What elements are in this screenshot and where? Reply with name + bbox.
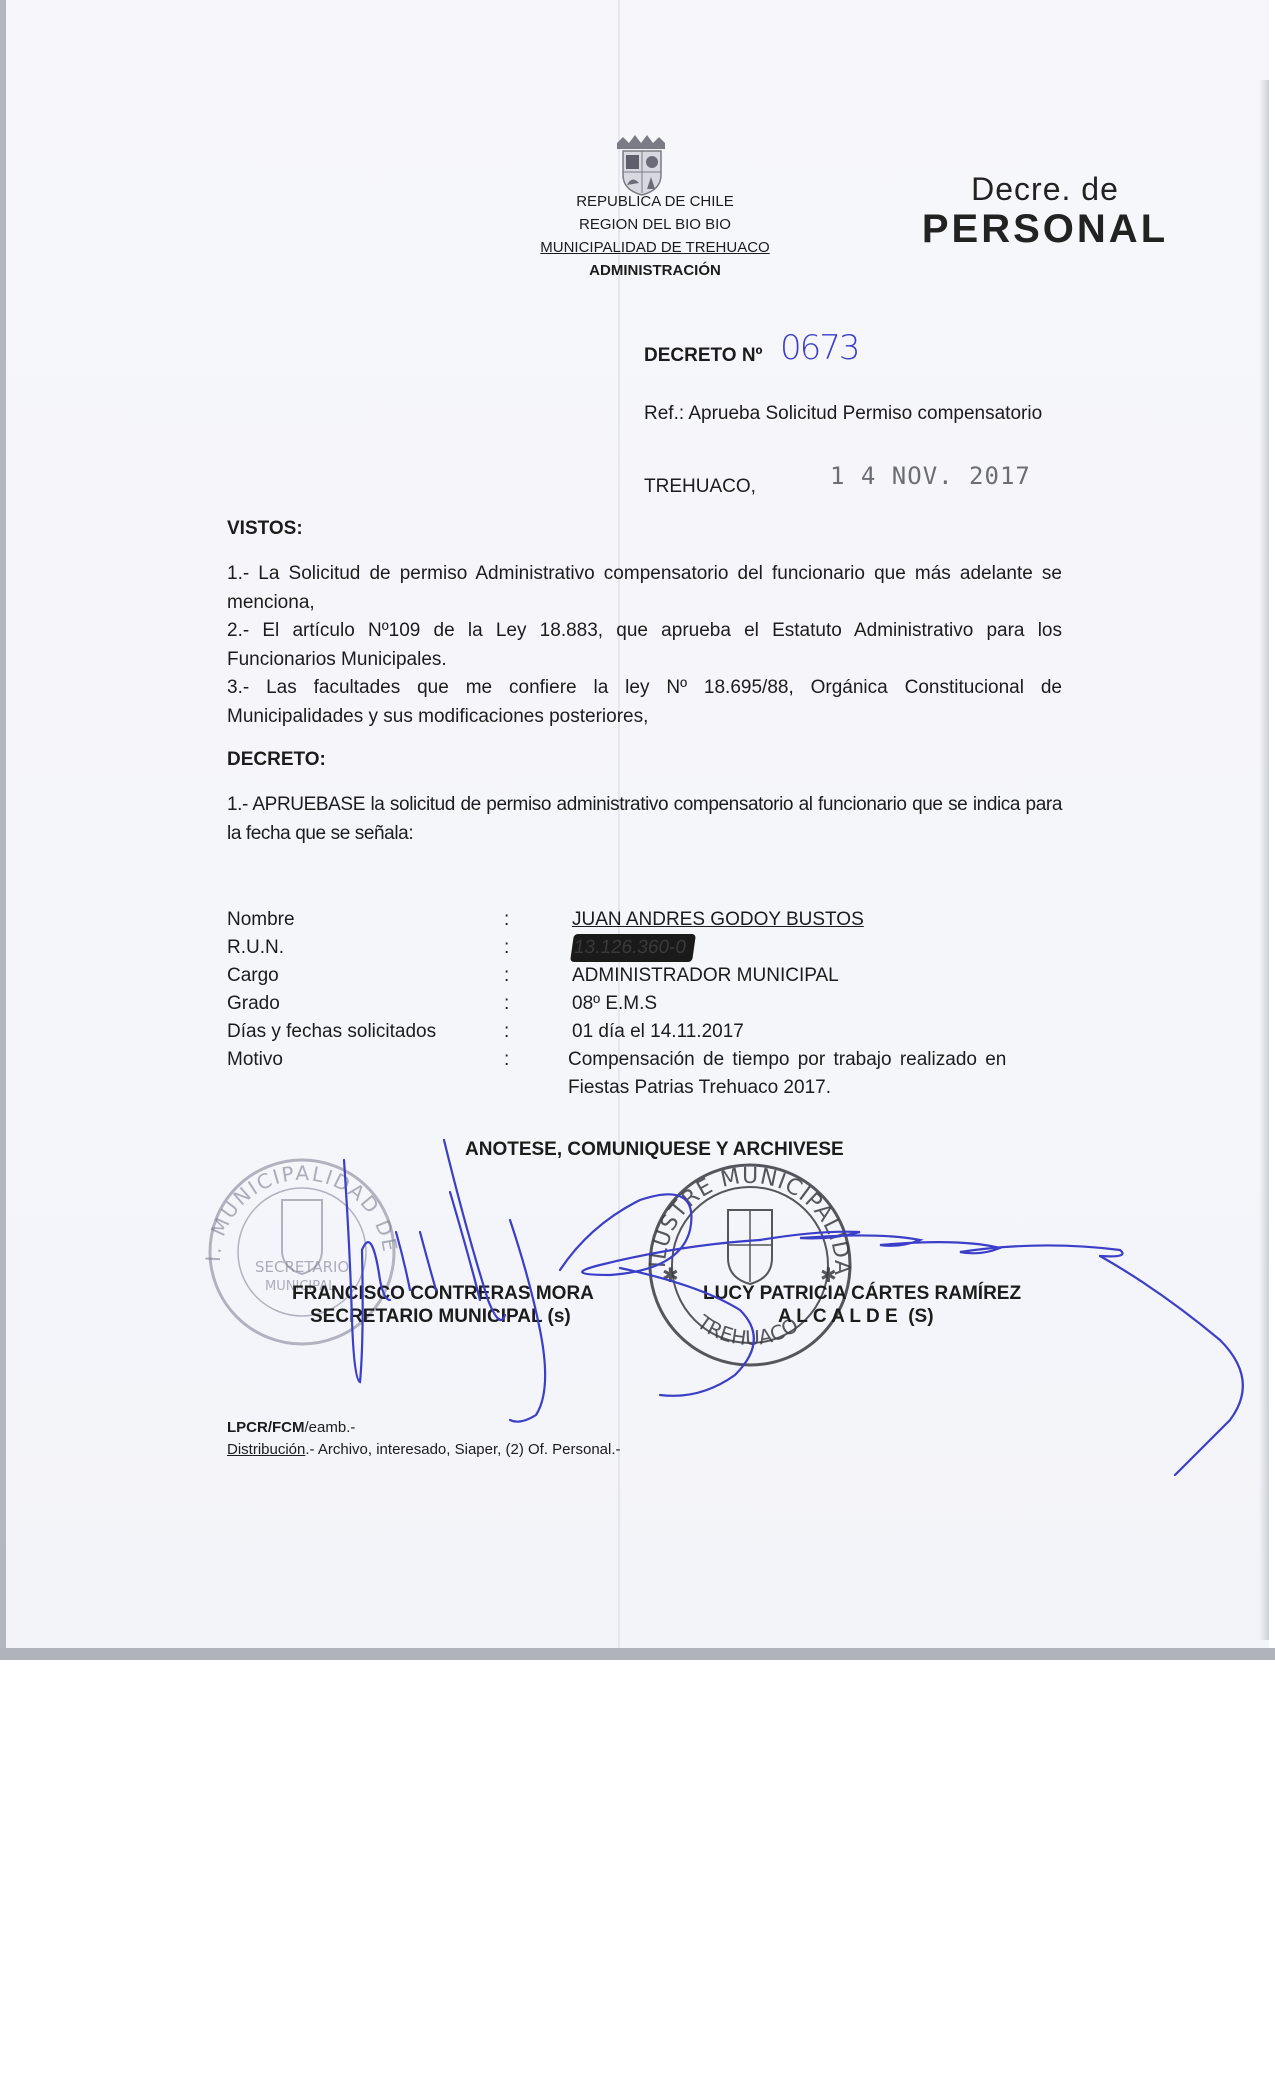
initials-bold: LPCR/FCM: [227, 1419, 305, 1436]
region-text: REGION DEL BIO BIO: [505, 213, 805, 236]
detail-row-nombre: Nombre : JUAN ANDRES GODOY BUSTOS: [227, 906, 1087, 934]
detail-separator: :: [504, 1018, 509, 1046]
detail-row-motivo-cont: Fiestas Patrias Trehuaco 2017.: [227, 1074, 1087, 1102]
detail-label: Nombre: [227, 906, 295, 934]
vistos-heading: VISTOS:: [227, 515, 303, 543]
scan-right-shadow: [1259, 80, 1269, 1640]
detail-label: Días y fechas solicitados: [227, 1018, 436, 1046]
personnel-decree-stamp: Decre. de PERSONAL: [905, 170, 1185, 250]
distribution-label: Distribución: [227, 1441, 305, 1458]
letterhead: REPUBLICA DE CHILE REGION DEL BIO BIO MU…: [505, 190, 805, 282]
municipality-text: MUNICIPALIDAD DE TREHUACO: [505, 236, 805, 259]
detail-value-nombre: JUAN ANDRES GODOY BUSTOS: [572, 906, 864, 934]
detail-separator: :: [504, 962, 509, 990]
vistos-item-2: 2.- El artículo Nº109 de la Ley 18.883, …: [227, 617, 1062, 674]
detail-separator: :: [504, 934, 509, 962]
detail-value-run: 13.126.360-0: [572, 934, 694, 962]
detail-label: Grado: [227, 990, 280, 1018]
place-text: TREHUACO,: [644, 473, 756, 501]
detail-row-run: R.U.N. : 13.126.360-0: [227, 934, 1087, 962]
stamp-line-1: Decre. de: [905, 170, 1185, 208]
detail-value-motivo: Compensación de tiempo por trabajo reali…: [568, 1046, 1006, 1074]
mayor-title: A L C A L D E (S): [778, 1303, 934, 1331]
secretary-title: SECRETARIO MUNICIPAL (s): [310, 1303, 571, 1331]
detail-row-cargo: Cargo : ADMINISTRADOR MUNICIPAL: [227, 962, 1087, 990]
detail-label: Cargo: [227, 962, 279, 990]
vistos-item-1: 1.- La Solicitud de permiso Administrati…: [227, 560, 1062, 617]
detail-row-dias: Días y fechas solicitados : 01 día el 14…: [227, 1018, 1087, 1046]
department-text: ADMINISTRACIÓN: [505, 259, 805, 282]
decreto-heading: DECRETO:: [227, 746, 326, 774]
vistos-item-3: 3.- Las facultades que me confiere la le…: [227, 674, 1062, 731]
detail-row-grado: Grado : 08º E.M.S: [227, 990, 1087, 1018]
distribution-text: .- Archivo, interesado, Siaper, (2) Of. …: [305, 1441, 620, 1458]
reference-text: Ref.: Aprueba Solicitud Permiso compensa…: [644, 400, 1042, 428]
detail-label: R.U.N.: [227, 934, 284, 962]
detail-row-motivo: Motivo : Compensación de tiempo por trab…: [227, 1046, 1087, 1074]
country-text: REPUBLICA DE CHILE: [505, 190, 805, 213]
decree-number-handwritten: 0673: [780, 328, 859, 368]
distribution-line: Distribución.- Archivo, interesado, Siap…: [227, 1438, 621, 1461]
detail-separator: :: [504, 906, 509, 934]
detail-label: Motivo: [227, 1046, 283, 1074]
detail-value-cargo: ADMINISTRADOR MUNICIPAL: [572, 962, 839, 990]
decree-number-label: DECRETO Nº: [644, 342, 763, 370]
detail-separator: :: [504, 1046, 509, 1074]
detail-value-grado: 08º E.M.S: [572, 990, 657, 1018]
decreto-item-1: 1.- APRUEBASE la solicitud de permiso ad…: [227, 791, 1062, 848]
closing-formula: ANOTESE, COMUNIQUESE Y ARCHIVESE: [465, 1136, 844, 1164]
initials-line: LPCR/FCM/eamb.-: [227, 1416, 355, 1439]
detail-separator: :: [504, 990, 509, 1018]
date-stamp: 1 4 NOV. 2017: [830, 462, 1031, 490]
initials-rest: /eamb.-: [305, 1419, 356, 1436]
scan-bottom-edge: [0, 1648, 1275, 1660]
detail-value-dias: 01 día el 14.11.2017: [572, 1018, 744, 1046]
redacted-run: 13.126.360-0: [570, 934, 696, 962]
detail-value-motivo-line2: Fiestas Patrias Trehuaco 2017.: [568, 1074, 831, 1102]
stamp-line-2: PERSONAL: [905, 208, 1185, 250]
